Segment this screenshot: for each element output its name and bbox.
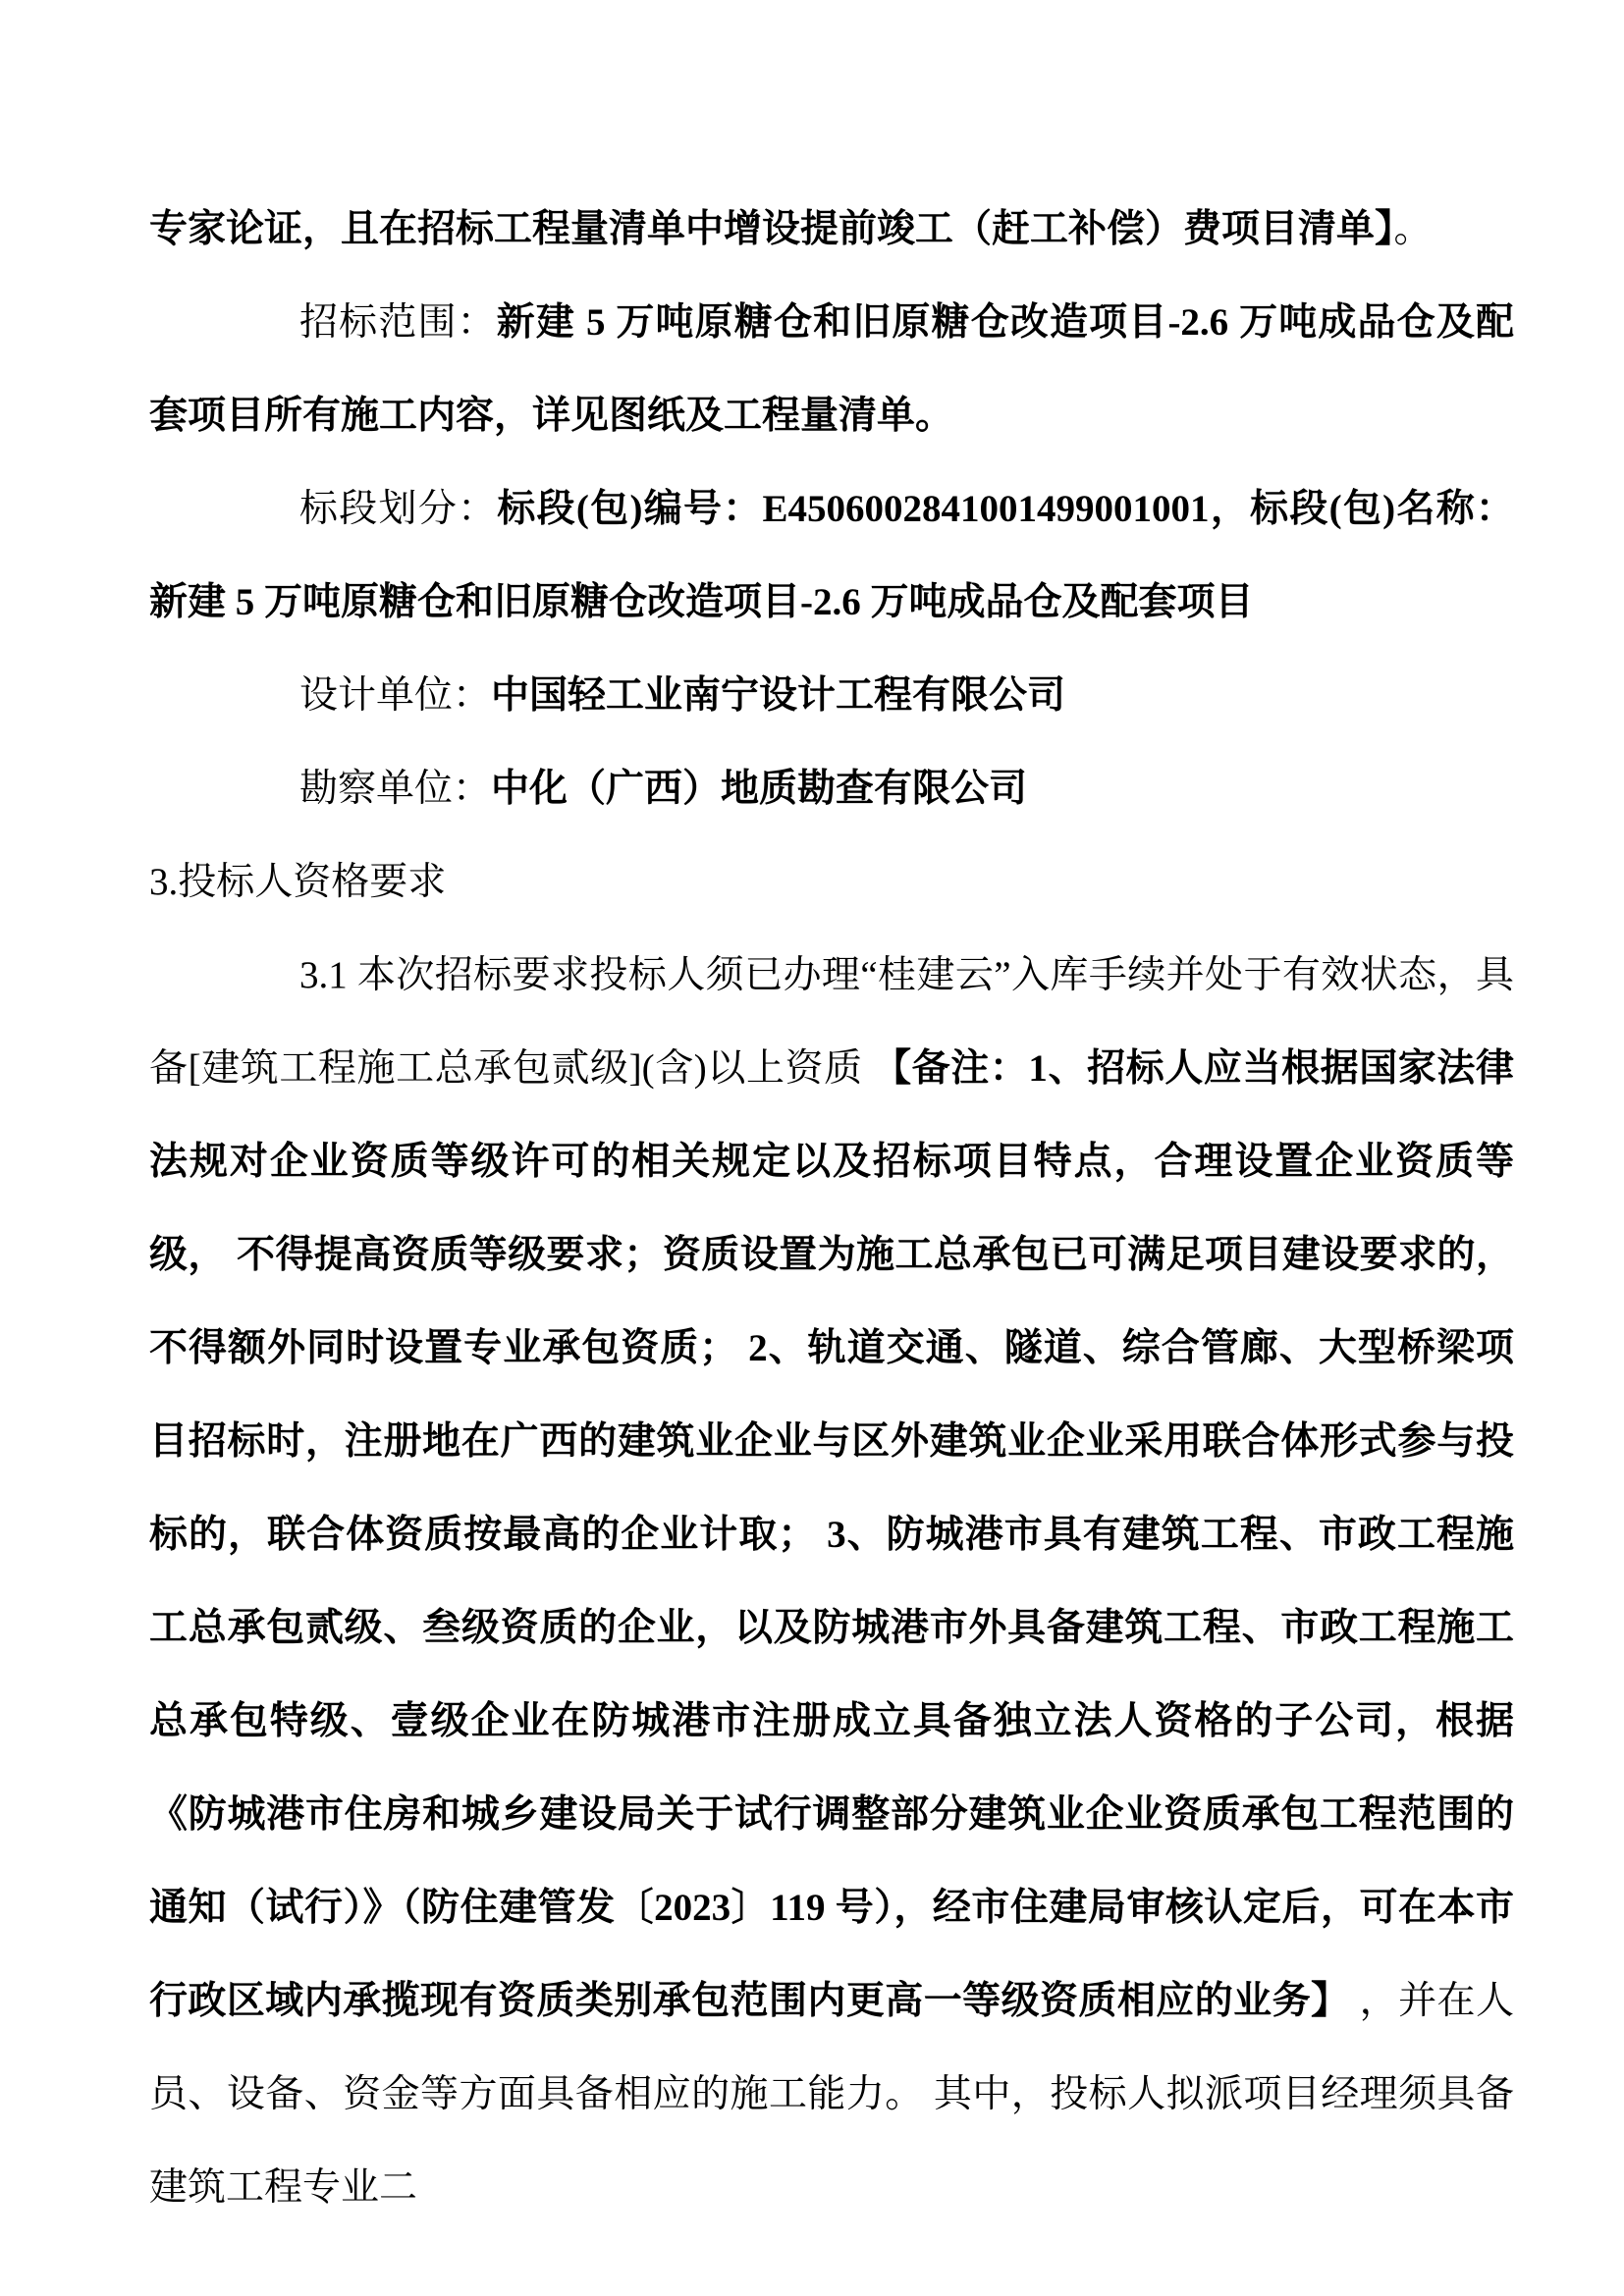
paragraph-design-unit: 设计单位：中国轻工业南宁设计工程有限公司 xyxy=(149,649,1514,742)
field-value-survey-unit: 中化（广西）地质勘查有限公司 xyxy=(491,768,1027,810)
bold-note-run: 【备注：1、招标人应当根据国家法律法规对企业资质等级许可的相关规定以及招标项目特… xyxy=(149,1047,1514,2022)
regular-text-run: 。 xyxy=(1394,208,1433,250)
field-label-tender-scope: 招标范围： xyxy=(299,301,497,344)
paragraph-section-division: 标段划分：标段(包)编号：E4506002841001499001001，标段(… xyxy=(149,462,1514,649)
field-label-section-division: 标段划分： xyxy=(299,488,497,530)
paragraph-qualification-requirements: 3.1 本次招标要求投标人须已办理“桂建云”入库手续并处于有效状态，具备[建筑工… xyxy=(149,929,1514,2234)
section-heading-bidder-qualification: 3.投标人资格要求 xyxy=(149,835,1514,929)
document-page: 专家论证，且在招标工程量清单中增设提前竣工（赶工补偿）费项目清单】。 招标范围：… xyxy=(0,0,1624,2296)
paragraph-survey-unit: 勘察单位：中化（广西）地质勘查有限公司 xyxy=(149,742,1514,835)
paragraph-tender-scope: 招标范围：新建 5 万吨原糖仓和旧原糖仓改造项目-2.6 万吨成品仓及配套项目所… xyxy=(149,276,1514,462)
field-label-design-unit: 设计单位： xyxy=(299,674,491,717)
bold-text-run: 专家论证，且在招标工程量清单中增设提前竣工（赶工补偿）费项目清单】 xyxy=(149,208,1394,250)
field-value-design-unit: 中国轻工业南宁设计工程有限公司 xyxy=(491,674,1065,717)
paragraph-expert-review-completion: 专家论证，且在招标工程量清单中增设提前竣工（赶工补偿）费项目清单】。 xyxy=(149,183,1514,276)
field-label-survey-unit: 勘察单位： xyxy=(299,768,491,810)
